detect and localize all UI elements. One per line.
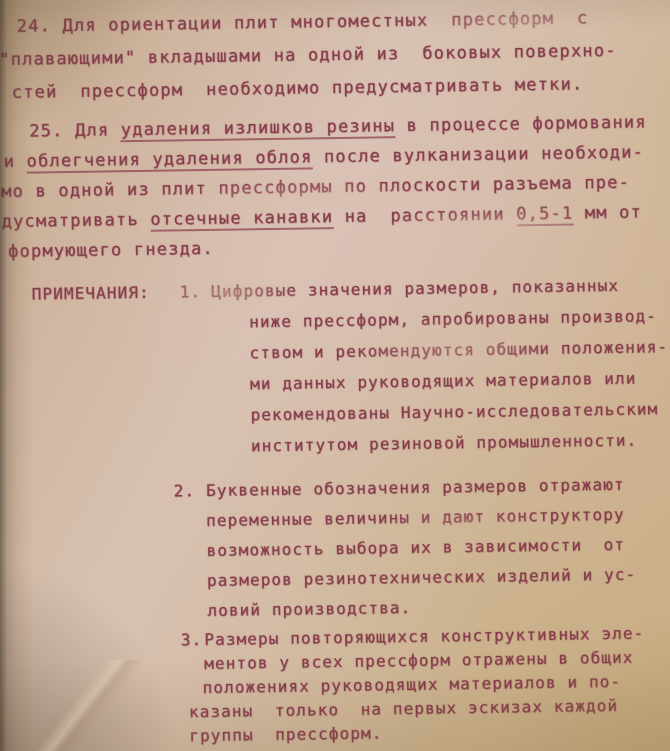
underlined-text: облегчения удаления облоя	[26, 147, 312, 173]
note-number: 3.	[181, 630, 203, 649]
note-3: 3.Размеры повторяющихся конструктивных э…	[4, 621, 670, 751]
text-segment: после вулканизации необходи-	[312, 142, 644, 167]
note-1: ПРИМЕЧАНИЯ:1.Цифровые значения размеров,…	[0, 269, 670, 465]
note-number: 2.	[173, 481, 195, 500]
typewritten-text-layer: 24. Для ориентации плит многоместных пре…	[0, 0, 670, 751]
text-segment: в процессе формования	[395, 112, 647, 136]
text-segment: 25. Для	[29, 120, 121, 141]
underlined-text: отсечные канавки	[150, 207, 333, 232]
notes-header: ПРИМЕЧАНИЯ:	[32, 283, 150, 304]
note-2: 2.Буквенные обозначения размеров отражаю…	[1, 469, 670, 629]
text-segment: дусматривать	[1, 210, 150, 232]
document-photo: 24. Для ориентации плит многоместных пре…	[0, 0, 670, 751]
underlined-text: удаления излишков резины	[121, 116, 396, 142]
text-segment: на расстоянии	[333, 204, 516, 227]
clause-25: 25. Для удаления излишков резины в проце…	[0, 107, 668, 267]
text-segment: мм от	[573, 203, 642, 224]
text-segment: Размеры повторяющихся конструктивных эле…	[204, 624, 644, 650]
underlined-text: 0,5-1	[516, 204, 574, 227]
text-segment: и	[4, 152, 27, 172]
text-segment: Буквенные обозначения размеров отражают	[206, 475, 625, 500]
note-number: 1.	[180, 282, 202, 301]
text-segment: Цифровые значения размеров, показанных	[211, 276, 619, 301]
clause-24: 24. Для ориентации плит многоместных пре…	[0, 1, 666, 110]
